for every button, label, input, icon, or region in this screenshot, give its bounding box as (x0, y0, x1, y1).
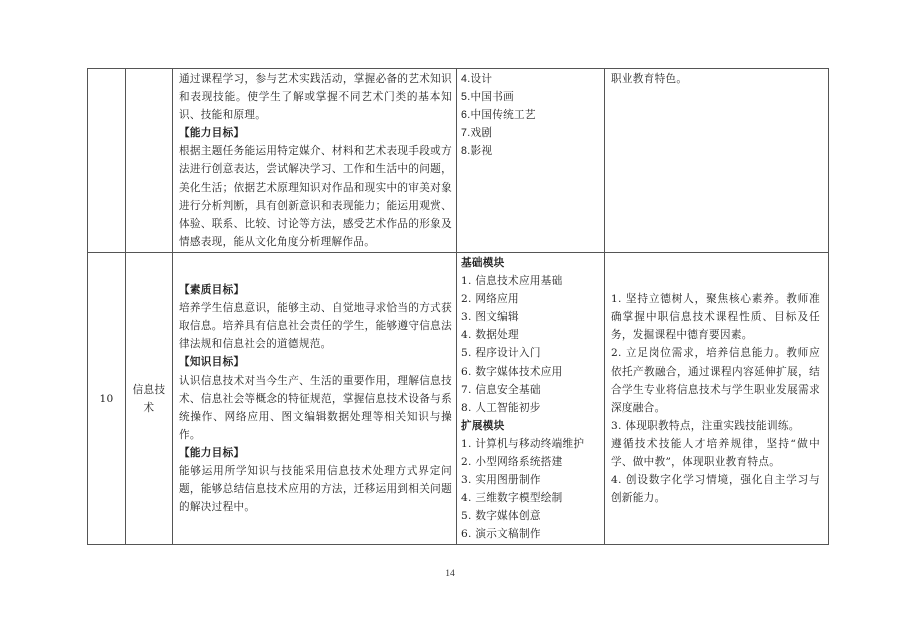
basic-module-item: 3. 图文编辑 (461, 308, 600, 326)
basic-module-item: 7. 信息安全基础 (461, 381, 600, 399)
knowledge-goal-text: 认识信息技术对当今生产、生活的重要作用，理解信息技术、信息社会等概念的特征规范，… (179, 372, 452, 444)
ability-goal-text: 根据主题任务能运用特定媒介、材料和艺术表现手段或方法进行创意表达，尝试解决学习、… (179, 142, 452, 251)
basic-module-item: 2. 网络应用 (461, 290, 600, 308)
course-goals-cell: 【素质目标】 培养学生信息意识，能够主动、自觉地寻求恰当的方式获取信息。培养具有… (173, 252, 457, 545)
curriculum-table: 通过课程学习，参与艺术实践活动，掌握必备的艺术知识和表现技能。使学生了解或掌握不… (87, 68, 829, 545)
goal-intro-text: 通过课程学习，参与艺术实践活动，掌握必备的艺术知识和表现技能。使学生了解或掌握不… (179, 70, 452, 124)
requirement-paragraph: 2. 立足岗位需求，培养信息能力。教师应依托产教融合，通过课程内容延伸扩展，结合… (611, 344, 820, 416)
quality-goal-text: 培养学生信息意识，能够主动、自觉地寻求恰当的方式获取信息。培养具有信息社会责任的… (179, 299, 452, 353)
basic-module-item: 8. 人工智能初步 (461, 399, 600, 417)
requirement-paragraph: 4. 创设数字化学习情境，强化自主学习与创新能力。 (611, 471, 820, 507)
extended-module-item: 2. 小型网络系统搭建 (461, 453, 600, 471)
knowledge-goal-heading: 【知识目标】 (179, 353, 452, 371)
teaching-requirements-cell: 1. 坚持立德树人，聚焦核心素养。教师准确掌握中职信息技术课程性质、目标及任务，… (605, 252, 829, 545)
course-name-cell (126, 69, 173, 253)
extended-module-item: 6. 演示文稿制作 (461, 525, 600, 543)
teaching-requirements-cell: 职业教育特色。 (605, 69, 829, 253)
requirement-paragraph: 3. 体现职教特点，注重实践技能训练。 (611, 417, 820, 435)
table-row-information-technology: 10 信息技术 【素质目标】 培养学生信息意识，能够主动、自觉地寻求恰当的方式获… (88, 252, 829, 545)
requirement-paragraph: 遵循技术技能人才培养规律，坚持“做中学、做中教”，体现职业教育特点。 (611, 435, 820, 471)
extended-module-item: 5. 数字媒体创意 (461, 507, 600, 525)
content-item: 4.设计 (461, 70, 600, 88)
extended-module-heading: 扩展模块 (461, 417, 600, 435)
requirements-text: 职业教育特色。 (611, 70, 820, 88)
basic-module-item: 5. 程序设计入门 (461, 344, 600, 362)
row-number-cell (88, 69, 126, 253)
basic-module-item: 6. 数字媒体技术应用 (461, 363, 600, 381)
page-number: 14 (0, 569, 900, 579)
content-item: 7.戏剧 (461, 124, 600, 142)
document-page: 通过课程学习，参与艺术实践活动，掌握必备的艺术知识和表现技能。使学生了解或掌握不… (0, 0, 900, 636)
content-item: 5.中国书画 (461, 88, 600, 106)
course-content-cell: 4.设计 5.中国书画 6.中国传统工艺 7.戏剧 8.影视 (457, 69, 605, 253)
quality-goal-heading: 【素质目标】 (179, 281, 452, 299)
ability-goal-heading: 【能力目标】 (179, 444, 452, 462)
ability-goal-text: 能够运用所学知识与技能采用信息技术处理方式界定问题，能够总结信息技术应用的方法，… (179, 462, 452, 516)
extended-module-item: 4. 三维数字模型绘制 (461, 489, 600, 507)
course-content-cell: 基础模块 1. 信息技术应用基础 2. 网络应用 3. 图文编辑 4. 数据处理… (457, 252, 605, 545)
basic-module-item: 1. 信息技术应用基础 (461, 272, 600, 290)
content-item: 8.影视 (461, 142, 600, 160)
basic-module-item: 4. 数据处理 (461, 326, 600, 344)
extended-module-item: 1. 计算机与移动终端维护 (461, 435, 600, 453)
extended-module-item: 3. 实用图册制作 (461, 471, 600, 489)
row-number-cell: 10 (88, 252, 126, 545)
basic-module-heading: 基础模块 (461, 254, 600, 272)
course-goals-cell: 通过课程学习，参与艺术实践活动，掌握必备的艺术知识和表现技能。使学生了解或掌握不… (173, 69, 457, 253)
course-name-text: 信息技术 (132, 381, 166, 417)
requirement-paragraph: 1. 坚持立德树人，聚焦核心素养。教师准确掌握中职信息技术课程性质、目标及任务，… (611, 290, 820, 344)
course-name-cell: 信息技术 (126, 252, 173, 545)
table-row-art-continued: 通过课程学习，参与艺术实践活动，掌握必备的艺术知识和表现技能。使学生了解或掌握不… (88, 69, 829, 253)
ability-goal-heading: 【能力目标】 (179, 124, 452, 142)
content-item: 6.中国传统工艺 (461, 106, 600, 124)
